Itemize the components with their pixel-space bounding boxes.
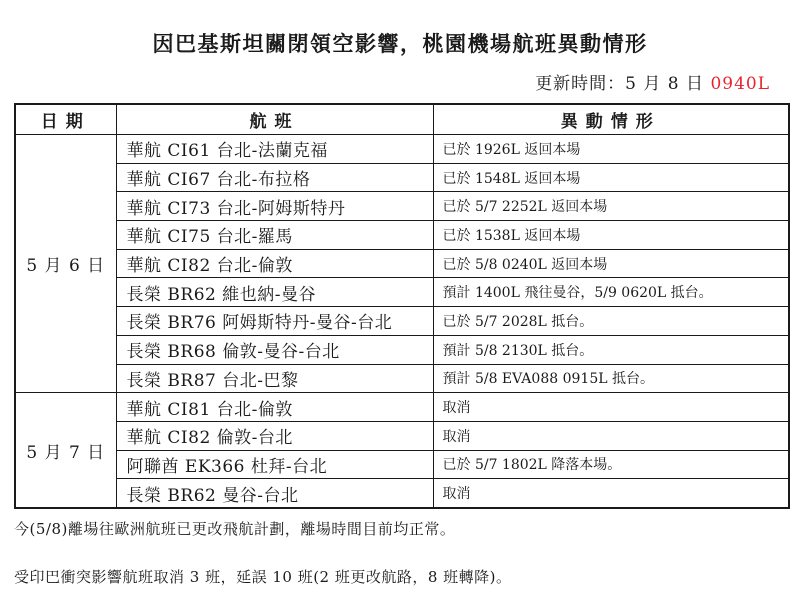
status-cell: 已於 1926L 返回本場 <box>433 135 789 164</box>
table-row: 華航 CI67 台北-布拉格已於 1548L 返回本場 <box>15 163 789 192</box>
table-row: 華航 CI82 倫敦-台北取消 <box>15 421 789 450</box>
status-cell: 已於 5/8 0240L 返回本場 <box>433 249 789 278</box>
header-flight: 航班 <box>116 104 433 135</box>
table-row: 華航 CI73 台北-阿姆斯特丹已於 5/7 2252L 返回本場 <box>15 192 789 221</box>
table-row: 阿聯酋 EK366 杜拜-台北已於 5/7 1802L 降落本場。 <box>15 450 789 479</box>
update-time-line: 更新時間：5 月 8 日 0940L <box>0 69 800 94</box>
flight-cell: 阿聯酋 EK366 杜拜-台北 <box>116 450 433 479</box>
table-row: 華航 CI82 台北-倫敦已於 5/8 0240L 返回本場 <box>15 249 789 278</box>
footnote-departures-normal: 今(5/8)離場往歐洲航班已更改飛航計劃，離場時間目前均正常。 <box>14 518 800 539</box>
table-row: 長榮 BR62 曼谷-台北取消 <box>15 479 789 508</box>
footnote-cancellation-summary: 受印巴衝突影響航班取消 3 班，延誤 10 班(2 班更改航路，8 班轉降)。 <box>14 566 800 587</box>
flight-cell: 華航 CI73 台北-阿姆斯特丹 <box>116 192 433 221</box>
date-cell: 5 月 6 日 <box>15 135 116 393</box>
table-row: 華航 CI75 台北-羅馬已於 1538L 返回本場 <box>15 221 789 250</box>
status-cell: 取消 <box>433 421 789 450</box>
table-row: 長榮 BR87 台北-巴黎預計 5/8 EVA088 0915L 抵台。 <box>15 364 789 393</box>
flight-change-table: 日期 航班 異動情形 5 月 6 日華航 CI61 台北-法蘭克福已於 1926… <box>14 103 790 509</box>
status-cell: 預計 1400L 飛往曼谷，5/9 0620L 抵台。 <box>433 278 789 307</box>
status-cell: 取消 <box>433 479 789 508</box>
page-title: 因巴基斯坦關閉領空影響，桃園機場航班異動情形 <box>0 0 800 58</box>
flight-cell: 華航 CI81 台北-倫敦 <box>116 393 433 422</box>
status-cell: 已於 5/7 2028L 抵台。 <box>433 307 789 336</box>
status-cell: 已於 1548L 返回本場 <box>433 163 789 192</box>
status-cell: 預計 5/8 2130L 抵台。 <box>433 335 789 364</box>
flight-cell: 長榮 BR68 倫敦-曼谷-台北 <box>116 335 433 364</box>
update-time-label: 更新時間：5 月 8 日 <box>535 74 710 94</box>
table-row: 5 月 6 日華航 CI61 台北-法蘭克福已於 1926L 返回本場 <box>15 135 789 164</box>
flight-cell: 長榮 BR76 阿姆斯特丹-曼谷-台北 <box>116 307 433 336</box>
flight-cell: 華航 CI75 台北-羅馬 <box>116 221 433 250</box>
status-cell: 預計 5/8 EVA088 0915L 抵台。 <box>433 364 789 393</box>
table-row: 長榮 BR62 維也納-曼谷預計 1400L 飛往曼谷，5/9 0620L 抵台… <box>15 278 789 307</box>
update-time-value: 0940L <box>710 74 770 94</box>
date-cell: 5 月 7 日 <box>15 393 116 508</box>
status-cell: 已於 5/7 2252L 返回本場 <box>433 192 789 221</box>
flight-cell: 華航 CI67 台北-布拉格 <box>116 163 433 192</box>
table-header-row: 日期 航班 異動情形 <box>15 104 789 135</box>
document-page: 因巴基斯坦關閉領空影響，桃園機場航班異動情形 更新時間：5 月 8 日 0940… <box>0 0 800 599</box>
flight-cell: 長榮 BR62 曼谷-台北 <box>116 479 433 508</box>
header-date: 日期 <box>15 104 116 135</box>
flight-cell: 華航 CI61 台北-法蘭克福 <box>116 135 433 164</box>
status-cell: 取消 <box>433 393 789 422</box>
status-cell: 已於 1538L 返回本場 <box>433 221 789 250</box>
flight-cell: 華航 CI82 倫敦-台北 <box>116 421 433 450</box>
header-status: 異動情形 <box>433 104 789 135</box>
flight-cell: 長榮 BR62 維也納-曼谷 <box>116 278 433 307</box>
table-row: 長榮 BR68 倫敦-曼谷-台北預計 5/8 2130L 抵台。 <box>15 335 789 364</box>
flight-cell: 長榮 BR87 台北-巴黎 <box>116 364 433 393</box>
table-row: 5 月 7 日華航 CI81 台北-倫敦取消 <box>15 393 789 422</box>
table-row: 長榮 BR76 阿姆斯特丹-曼谷-台北已於 5/7 2028L 抵台。 <box>15 307 789 336</box>
flight-cell: 華航 CI82 台北-倫敦 <box>116 249 433 278</box>
status-cell: 已於 5/7 1802L 降落本場。 <box>433 450 789 479</box>
